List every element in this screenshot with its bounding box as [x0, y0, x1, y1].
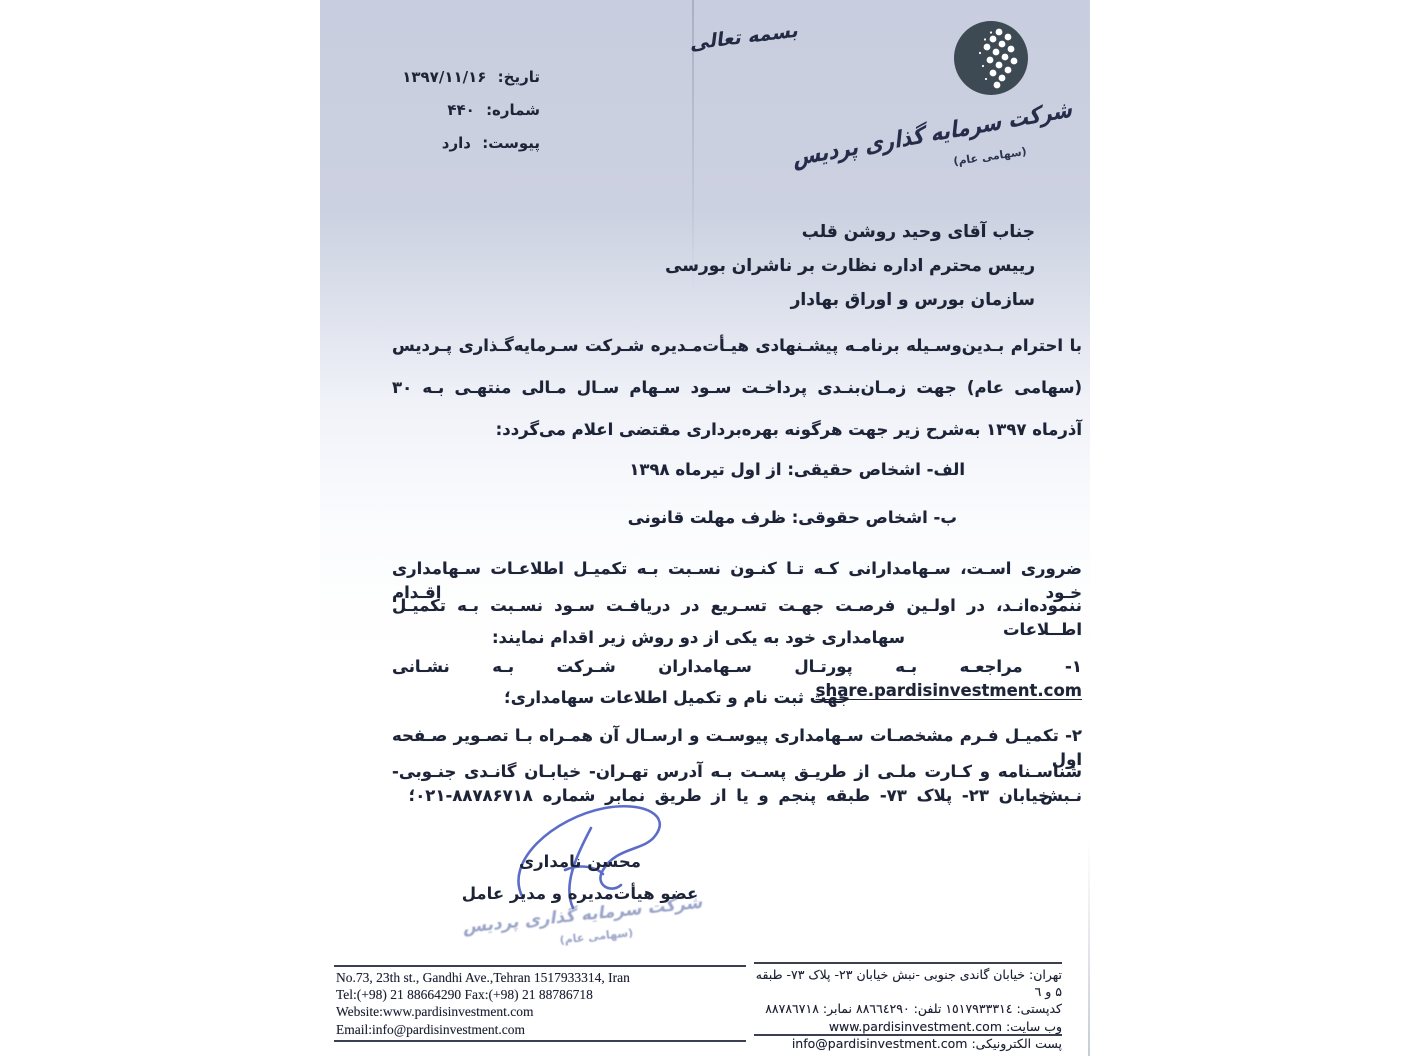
list-item-1-text: ۱- مراجعـه بـه پورتـال سـهامداران شـرکت … [392, 657, 1082, 676]
company-type-note: (سهامی عام) [935, 142, 1046, 170]
footer-en-email: Email:info@pardisinvestment.com [336, 1021, 750, 1038]
footer-en-address: No.73, 23th st., Gandhi Ave.,Tehran 1517… [336, 969, 750, 986]
footer-fa-email: پست الکترونیکی: info@pardisinvestment.co… [750, 1035, 1062, 1052]
footer-right-bottom-rule [754, 1034, 1062, 1036]
bismillah-calligraphy: بسمه تعالی [679, 18, 811, 56]
footer-fa-phone: كدپستی: ١٥١٧٩٣٣٣١٤ تلفن: ٨٨٦٦٤٢٩٠ نمابر:… [750, 1000, 1062, 1017]
footer-en-phone: Tel:(+98) 21 88664290 Fax:(+98) 21 88786… [336, 986, 750, 1003]
footer-left-bottom-rule [334, 1040, 746, 1042]
section-a-natural-persons: الف- اشخاص حقیقی: از اول تیرماه ۱۳۹۸ [629, 458, 965, 482]
list-item-1-line2: جهت ثبت نام و تکمیل اطلاعات سهامداری؛ [504, 686, 850, 710]
company-logo-icon [953, 20, 1029, 96]
number-value: ۴۴۰ [447, 101, 474, 119]
body-p1-line1: با احترام بـدین‌وسـیله برنامـه پیشـنهادی… [392, 334, 1082, 358]
footer-fa-address: تهران: خیابان گاندی جنوبی -نبش خیابان ۲۳… [750, 966, 1062, 1000]
attachment-value: دارد [442, 134, 471, 152]
footer-address-english: No.73, 23th st., Gandhi Ave.,Tehran 1517… [336, 969, 750, 1038]
number-field: شماره: ۴۴۰ [447, 101, 540, 119]
date-value: ۱۳۹۷/۱۱/۱۶ [402, 68, 486, 86]
signatory-name: محسن نامداری [470, 852, 690, 871]
date-field: تاریخ: ۱۳۹۷/۱۱/۱۶ [402, 68, 540, 86]
attachment-field: پیوست: دارد [442, 134, 540, 152]
body-p1-line2: (سهامی عام) جهت زمـان‌بنـدی پرداخـت سـود… [392, 376, 1082, 400]
recipient-title: رییس محترم اداره نظارت بر ناشران بورسی [665, 254, 1035, 278]
footer-left-top-rule [334, 965, 746, 967]
recipient-org: سازمان بورس و اوراق بهادار [791, 288, 1035, 312]
number-label: شماره: [486, 101, 540, 119]
attachment-label: پیوست: [482, 134, 540, 152]
scanned-letter-canvas: { "letterhead": { "bismillah": "بسمه تعا… [0, 0, 1408, 1056]
footer-right-top-rule [754, 962, 1062, 964]
footer-address-persian: تهران: خیابان گاندی جنوبی -نبش خیابان ۲۳… [750, 966, 1062, 1052]
paper-edge-shadow [1088, 840, 1090, 1056]
shareholder-portal-url: share.pardisinvestment.com [816, 681, 1082, 700]
date-label: تاریخ: [498, 68, 540, 86]
letter-page: بسمه تعالی تاریخ: ۱۳۹۷/۱۱/۱۶ شماره: ۴۴۰ … [320, 0, 1090, 1056]
body-p2-line3: سهامداری خود به یکی از دو روش زیر اقدام … [492, 626, 905, 650]
footer-en-website: Website:www.pardisinvestment.com [336, 1003, 750, 1020]
footer-fa-website: وب سایت: www.pardisinvestment.com [750, 1018, 1062, 1035]
section-b-legal-persons: ب- اشخاص حقوقی: ظرف مهلت قانونی [628, 506, 957, 530]
recipient-name: جناب آقای وحید روشن قلب [802, 220, 1035, 244]
body-p1-line3: آذرماه ۱۳۹۷ به‌شرح زیر جهت هرگونه بهره‌ب… [496, 418, 1082, 442]
